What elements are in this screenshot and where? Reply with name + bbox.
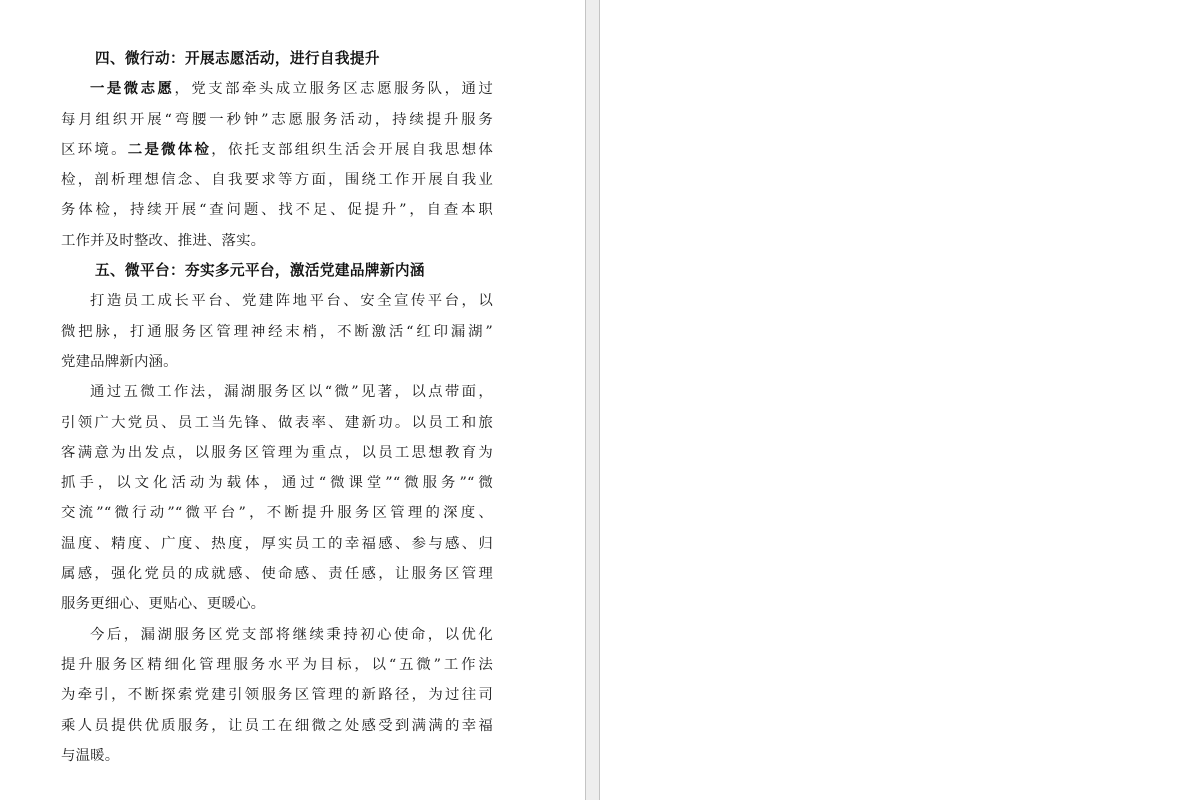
paragraph-line: 打造员工成长平台、党建阵地平台、安全宣传平台，以	[61, 286, 493, 316]
document-viewport: 四、微行动：开展志愿活动，进行自我提升 一是微志愿，党支部牵头成立服务区志愿服务…	[0, 0, 1203, 800]
page-divider	[585, 0, 600, 800]
section-heading-4: 四、微行动：开展志愿活动，进行自我提升	[61, 44, 493, 74]
paragraph-line: 检，剖析理想信念、自我要求等方面，围绕工作开展自我业	[61, 165, 493, 195]
paragraph-line: 客满意为出发点，以服务区管理为重点，以员工思想教育为	[61, 438, 493, 468]
bold-term: 一是微志愿	[90, 81, 174, 97]
paragraph-line: 今后，漏湖服务区党支部将继续秉持初心使命，以优化	[61, 620, 493, 650]
paragraph-line: 乘人员提供优质服务，让员工在细微之处感受到满满的幸福	[61, 711, 493, 741]
paragraph-line: 与温暖。	[61, 741, 493, 771]
paragraph-line: 通过五微工作法，漏湖服务区以“微”见著，以点带面，	[61, 377, 493, 407]
paragraph-line: 工作并及时整改、推进、落实。	[61, 226, 493, 256]
line-text: ，党支部牵头成立服务区志愿服务队，通过	[174, 81, 493, 97]
paragraph-line: 微把脉，打通服务区管理神经末梢，不断激活“红印漏湖”	[61, 317, 493, 347]
paragraph-line: 务体检，持续开展“查问题、找不足、促提升”，自查本职	[61, 195, 493, 225]
paragraph-line: 一是微志愿，党支部牵头成立服务区志愿服务队，通过	[61, 74, 493, 104]
paragraph-line: 区环境。二是微体检，依托支部组织生活会开展自我思想体	[61, 135, 493, 165]
paragraph-line: 提升服务区精细化管理服务水平为目标，以“五微”工作法	[61, 650, 493, 680]
bold-term: 二是微体检	[128, 142, 211, 158]
line-text: 区环境。	[61, 142, 128, 158]
paragraph-line: 服务更细心、更贴心、更暖心。	[61, 589, 493, 619]
paragraph-line: 引领广大党员、员工当先锋、做表率、建新功。以员工和旅	[61, 408, 493, 438]
section-heading-5: 五、微平台：夯实多元平台，激活党建品牌新内涵	[61, 256, 493, 286]
paragraph-line: 为牵引，不断探索党建引领服务区管理的新路径，为过往司	[61, 680, 493, 710]
paragraph-line: 属感，强化党员的成就感、使命感、责任感，让服务区管理	[61, 559, 493, 589]
document-page-left: 四、微行动：开展志愿活动，进行自我提升 一是微志愿，党支部牵头成立服务区志愿服务…	[0, 0, 585, 800]
paragraph-line: 每月组织开展“弯腰一秒钟”志愿服务活动，持续提升服务	[61, 105, 493, 135]
line-text: ，依托支部组织生活会开展自我思想体	[211, 142, 493, 158]
paragraph-line: 交流”“微行动”“微平台”，不断提升服务区管理的深度、	[61, 498, 493, 528]
paragraph-line: 抓手，以文化活动为载体，通过“微课堂”“微服务”“微	[61, 468, 493, 498]
document-body: 四、微行动：开展志愿活动，进行自我提升 一是微志愿，党支部牵头成立服务区志愿服务…	[61, 44, 493, 771]
paragraph-line: 党建品牌新内涵。	[61, 347, 493, 377]
paragraph-line: 温度、精度、广度、热度，厚实员工的幸福感、参与感、归	[61, 529, 493, 559]
document-page-right	[600, 0, 1203, 800]
